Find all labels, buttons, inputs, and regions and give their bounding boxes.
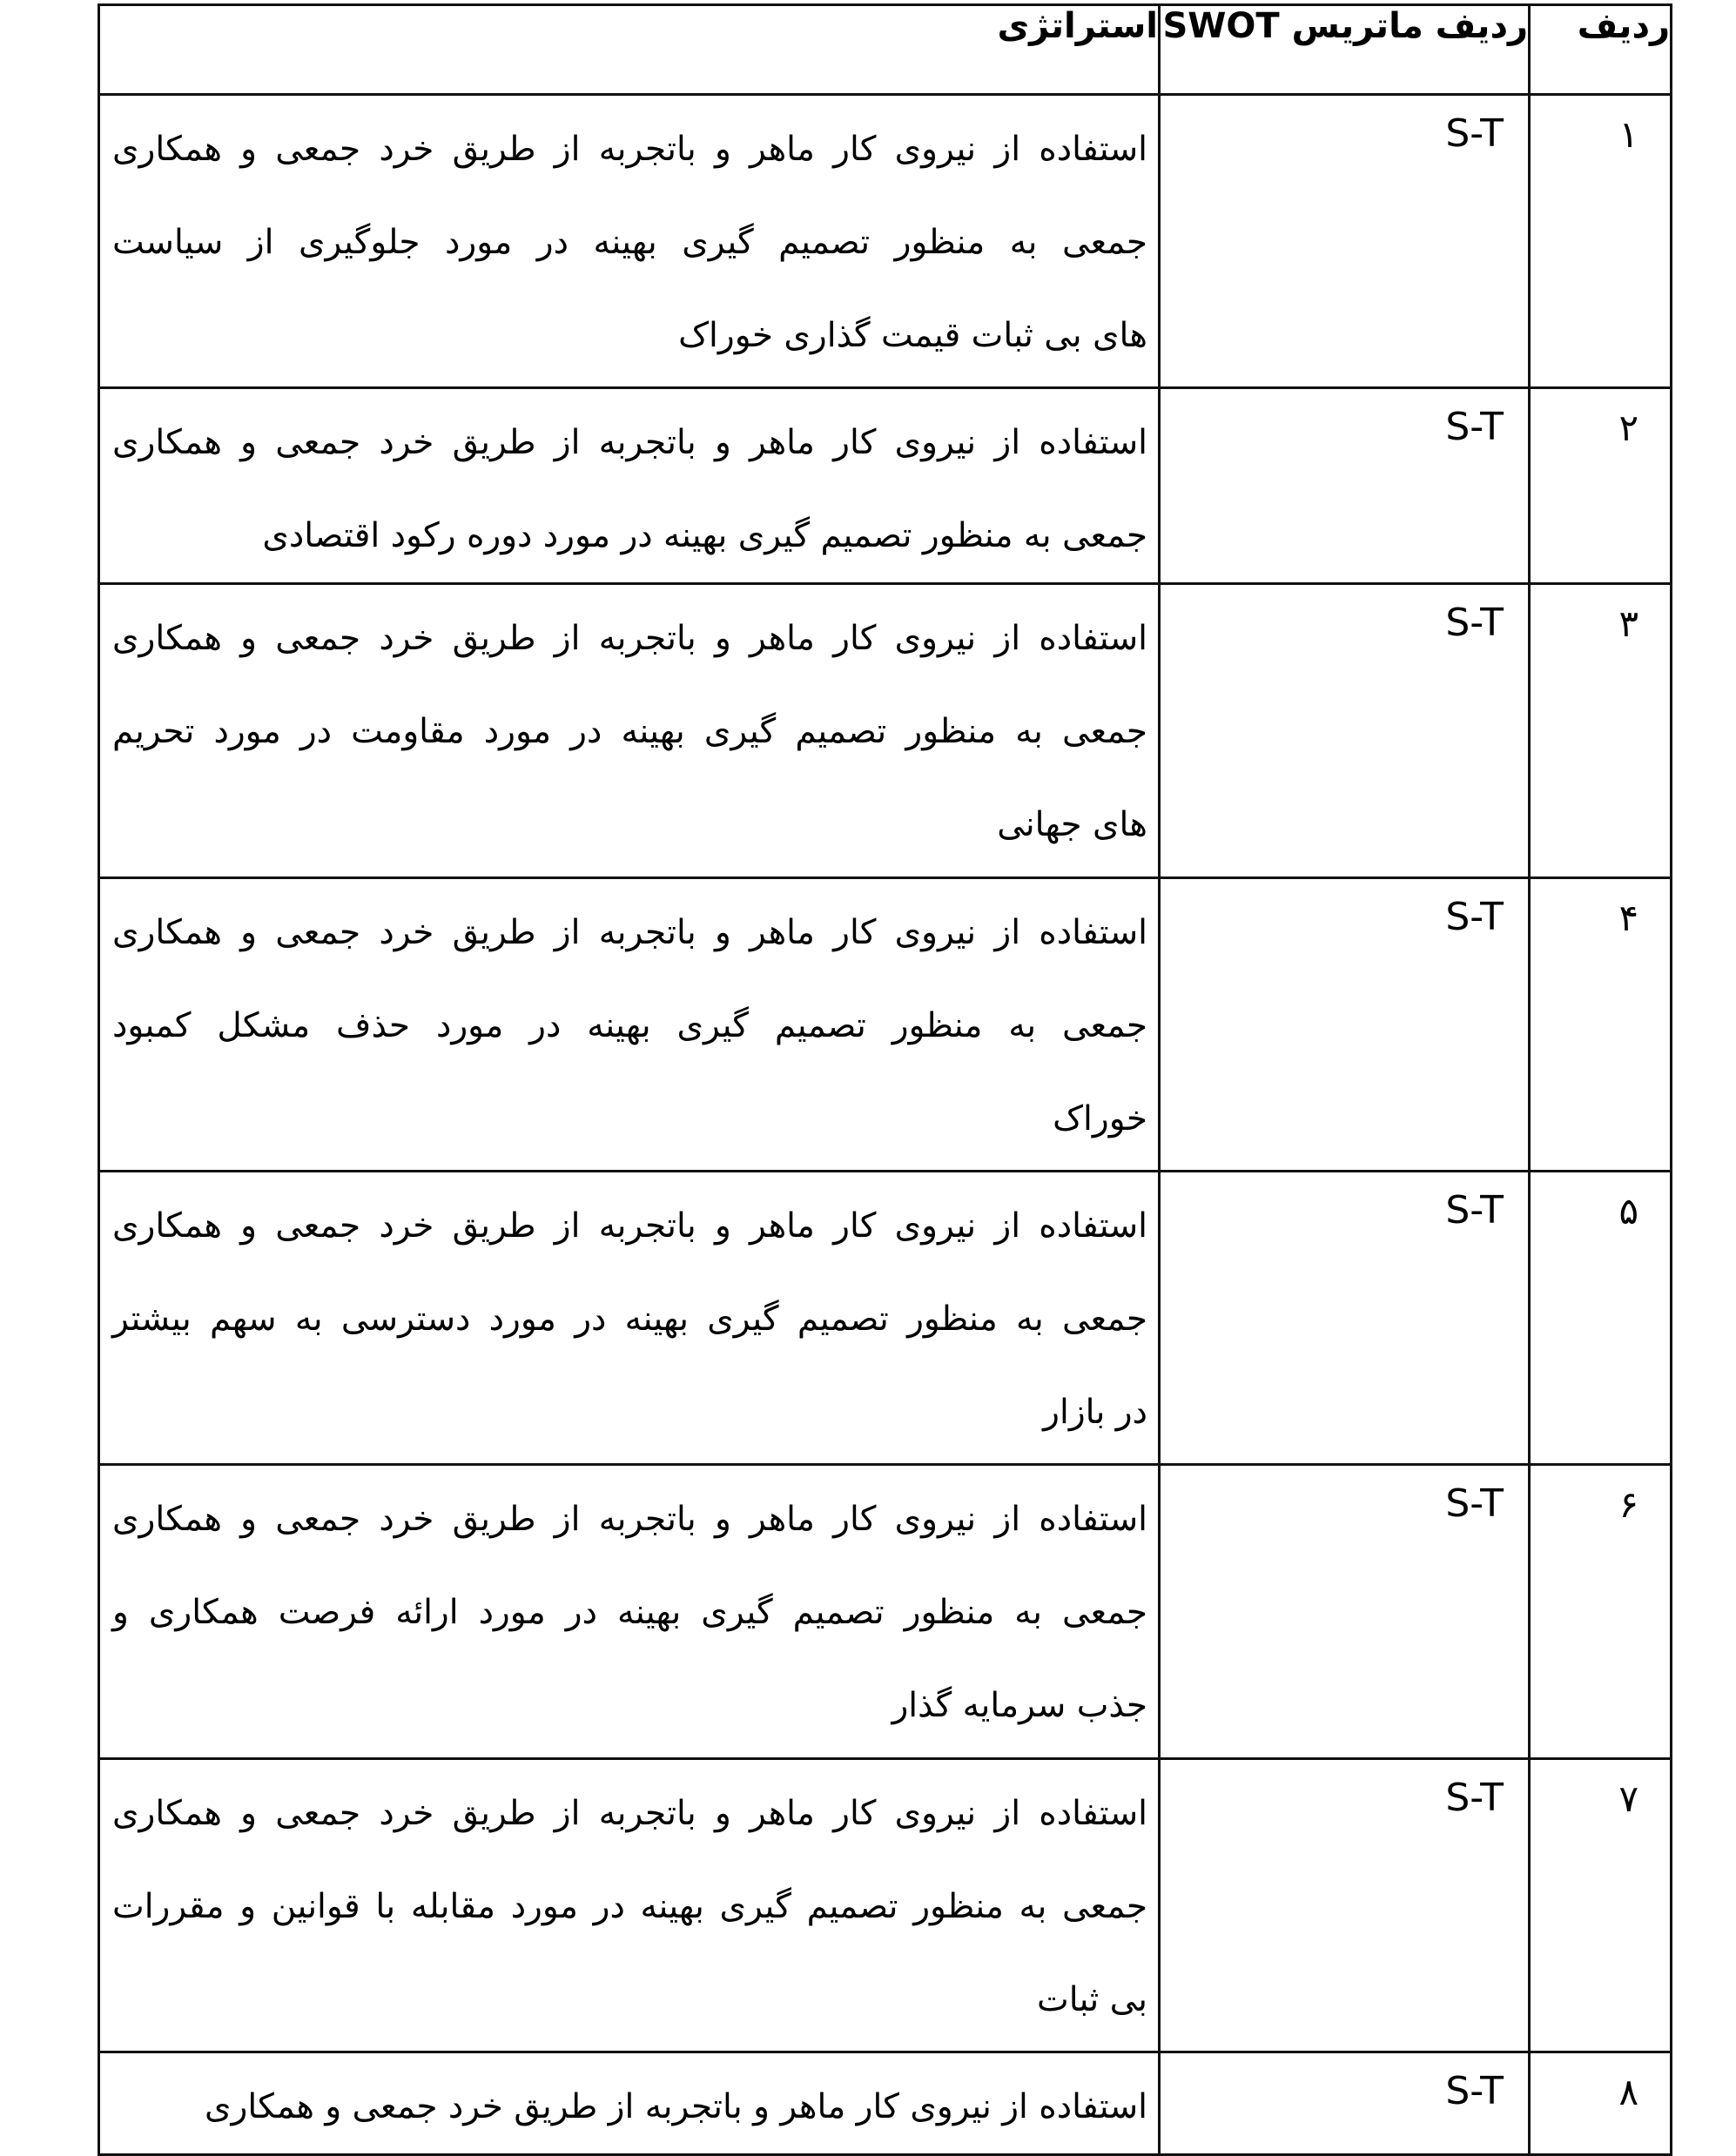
strategy-text-line: استفاده از نیروی کار ماهر و باتجربه از ط… [112, 1767, 1147, 1860]
swot-type-label: S-T [1445, 601, 1504, 645]
row-number-cell: ۶ [1530, 1465, 1672, 1759]
strategy-text-line: جمعی به منظور تصمیم گیری بهینه در مورد د… [112, 489, 1147, 582]
swot-type-cell: S-T [1160, 2052, 1530, 2155]
row-number: ۲ [1618, 406, 1638, 449]
strategy-text-line: جمعی به منظور تصمیم گیری بهینه در مورد ا… [112, 1566, 1147, 1659]
strategy-cell: استفاده از نیروی کار ماهر و باتجربه از ط… [99, 1759, 1160, 2052]
table-header: ردیف ردیف ماتریس SWOT استراتژی [99, 5, 1672, 95]
row-number-cell: ۸ [1530, 2052, 1672, 2155]
strategy-text-line: جمعی به منظور تصمیم گیری بهینه در مورد م… [112, 685, 1147, 778]
swot-strategy-table: ردیف ردیف ماتریس SWOT استراتژی ۱ S-T است… [98, 3, 1672, 2156]
row-number: ۸ [1618, 2071, 1638, 2113]
swot-type-cell: S-T [1160, 388, 1530, 584]
header-cell-swot-matrix-row: ردیف ماتریس SWOT [1160, 5, 1530, 95]
swot-type-cell: S-T [1160, 1465, 1530, 1759]
strategy-text-line: استفاده از نیروی کار ماهر و باتجربه از ط… [112, 592, 1147, 685]
strategy-cell: استفاده از نیروی کار ماهر و باتجربه از ط… [99, 584, 1160, 878]
swot-type-cell: S-T [1160, 95, 1530, 388]
strategy-text-line: بی ثبات [112, 1953, 1147, 2046]
strategy-text-line: استفاده از نیروی کار ماهر و باتجربه از ط… [112, 886, 1147, 979]
strategy-text-line: های بی ثبات قیمت گذاری خوراک [112, 289, 1147, 382]
strategy-cell: استفاده از نیروی کار ماهر و باتجربه از ط… [99, 878, 1160, 1172]
swot-type-label: S-T [1445, 405, 1504, 449]
strategy-text-line: در بازار [112, 1366, 1147, 1459]
table-row: ۵ S-T استفاده از نیروی کار ماهر و باتجرب… [99, 1172, 1672, 1465]
row-number: ۶ [1618, 1483, 1638, 1526]
table-row: ۷ S-T استفاده از نیروی کار ماهر و باتجرب… [99, 1759, 1672, 2052]
strategy-text-line: جمعی به منظور تصمیم گیری بهینه در مورد ج… [112, 196, 1147, 289]
strategy-text-line: جمعی به منظور تصمیم گیری بهینه در مورد م… [112, 1860, 1147, 1953]
row-number: ۱ [1618, 113, 1638, 156]
row-number: ۵ [1618, 1190, 1638, 1232]
swot-type-label: S-T [1445, 111, 1504, 156]
strategy-text-line: استفاده از نیروی کار ماهر و باتجربه از ط… [112, 396, 1147, 489]
header-cell-strategy: استراتژی [99, 5, 1160, 95]
swot-type-label: S-T [1445, 2069, 1504, 2113]
row-number-cell: ۱ [1530, 95, 1672, 388]
strategy-text-line: خوراک [112, 1072, 1147, 1165]
row-number-cell: ۵ [1530, 1172, 1672, 1465]
swot-type-label: S-T [1445, 895, 1504, 939]
strategy-cell: استفاده از نیروی کار ماهر و باتجربه از ط… [99, 388, 1160, 584]
strategy-cell: استفاده از نیروی کار ماهر و باتجربه از ط… [99, 1465, 1160, 1759]
swot-type-cell: S-T [1160, 1172, 1530, 1465]
swot-type-label: S-T [1445, 1188, 1504, 1232]
strategy-text-line: جذب سرمایه گذار [112, 1659, 1147, 1752]
header-row: ردیف ردیف ماتریس SWOT استراتژی [99, 5, 1672, 95]
strategy-text-line: استفاده از نیروی کار ماهر و باتجربه از ط… [112, 1179, 1147, 1273]
row-number-cell: ۴ [1530, 878, 1672, 1172]
row-number: ۴ [1618, 897, 1638, 939]
strategy-text-line: استفاده از نیروی کار ماهر و باتجربه از ط… [112, 2060, 1147, 2153]
swot-type-cell: S-T [1160, 1759, 1530, 2052]
strategy-text-line: استفاده از نیروی کار ماهر و باتجربه از ط… [112, 1473, 1147, 1566]
strategy-text-line: جمعی به منظور تصمیم گیری بهینه در مورد د… [112, 1273, 1147, 1366]
table-row: ۶ S-T استفاده از نیروی کار ماهر و باتجرب… [99, 1465, 1672, 1759]
table-row: ۴ S-T استفاده از نیروی کار ماهر و باتجرب… [99, 878, 1672, 1172]
table-row: ۸ S-T استفاده از نیروی کار ماهر و باتجرب… [99, 2052, 1672, 2155]
strategy-text-line: استفاده از نیروی کار ماهر و باتجربه از ط… [112, 103, 1147, 196]
strategy-text-line: های جهانی [112, 778, 1147, 871]
table-body: ۱ S-T استفاده از نیروی کار ماهر و باتجرب… [99, 95, 1672, 2155]
swot-type-cell: S-T [1160, 584, 1530, 878]
swot-type-label: S-T [1445, 1481, 1504, 1526]
swot-type-cell: S-T [1160, 878, 1530, 1172]
document-page: ردیف ردیف ماتریس SWOT استراتژی ۱ S-T است… [0, 0, 1736, 2156]
row-number-cell: ۲ [1530, 388, 1672, 584]
row-number-cell: ۳ [1530, 584, 1672, 878]
table-row: ۱ S-T استفاده از نیروی کار ماهر و باتجرب… [99, 95, 1672, 388]
header-cell-row-number: ردیف [1530, 5, 1672, 95]
table-row: ۳ S-T استفاده از نیروی کار ماهر و باتجرب… [99, 584, 1672, 878]
row-number-cell: ۷ [1530, 1759, 1672, 2052]
strategy-cell: استفاده از نیروی کار ماهر و باتجربه از ط… [99, 2052, 1160, 2155]
row-number: ۳ [1618, 602, 1638, 645]
strategy-cell: استفاده از نیروی کار ماهر و باتجربه از ط… [99, 1172, 1160, 1465]
strategy-cell: استفاده از نیروی کار ماهر و باتجربه از ط… [99, 95, 1160, 388]
swot-type-label: S-T [1445, 1776, 1504, 1820]
row-number: ۷ [1618, 1777, 1638, 1820]
table-row: ۲ S-T استفاده از نیروی کار ماهر و باتجرب… [99, 388, 1672, 584]
strategy-text-line: جمعی به منظور تصمیم گیری بهینه در مورد ح… [112, 979, 1147, 1072]
